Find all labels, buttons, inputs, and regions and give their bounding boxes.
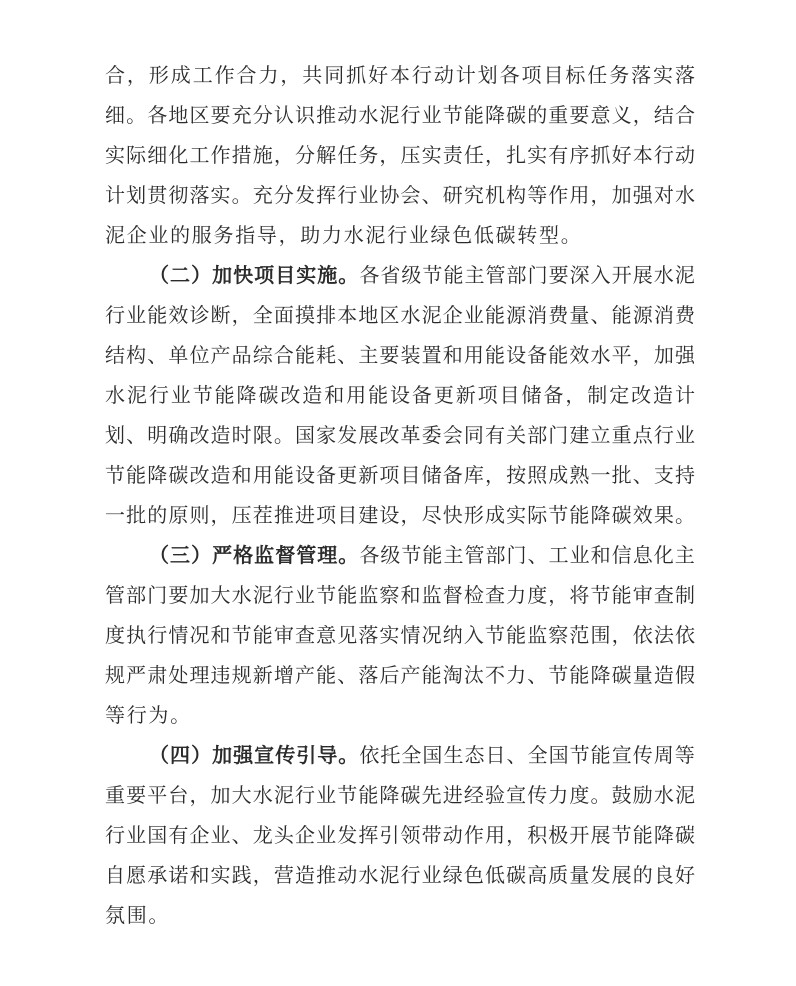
text-line: 管部门要加大水泥行业节能监察和监督检查力度，将节能审查制 [105,575,695,615]
paragraph-publicity: （四）加强宣传引导。依托全国生态日、全国节能宣传周等 重要平台，加大水泥行业节能… [105,735,695,935]
paragraph-supervision: （三）严格监督管理。各级节能主管部门、工业和信息化主 管部门要加大水泥行业节能监… [105,535,695,735]
document-page: 合，形成工作合力，共同抓好本行动计划各项目标任务落实落 细。各地区要充分认识推动… [105,55,695,935]
text-line: 实际细化工作措施，分解任务，压实责任，扎实有序抓好本行动 [105,135,695,175]
text-line-with-heading: （二）加快项目实施。各省级节能主管部门要深入开展水泥 [105,255,695,295]
text-line: 一批的原则，压茬推进项目建设，尽快形成实际节能降碳效果。 [105,495,695,535]
text-line: 重要平台，加大水泥行业节能降碳先进经验宣传力度。鼓励水泥 [105,775,695,815]
text-line: 细。各地区要充分认识推动水泥行业节能降碳的重要意义，结合 [105,95,695,135]
text-line: 度执行情况和节能审查意见落实情况纳入节能监察范围，依法依 [105,615,695,655]
text-line: 节能降碳改造和用能设备更新项目储备库，按照成熟一批、支持 [105,455,695,495]
text-line: 水泥行业节能降碳改造和用能设备更新项目储备，制定改造计 [105,375,695,415]
paragraph-continuation: 合，形成工作合力，共同抓好本行动计划各项目标任务落实落 细。各地区要充分认识推动… [105,55,695,255]
text-line: 行业国有企业、龙头企业发挥引领带动作用，积极开展节能降碳 [105,815,695,855]
paragraph-project-implementation: （二）加快项目实施。各省级节能主管部门要深入开展水泥 行业能效诊断，全面摸排本地… [105,255,695,535]
text-line: 行业能效诊断，全面摸排本地区水泥企业能源消费量、能源消费 [105,295,695,335]
text-line: 合，形成工作合力，共同抓好本行动计划各项目标任务落实落 [105,55,695,95]
text-line: 自愿承诺和实践，营造推动水泥行业绿色低碳高质量发展的良好 [105,855,695,895]
text-line-with-heading: （四）加强宣传引导。依托全国生态日、全国节能宣传周等 [105,735,695,775]
text-line: 结构、单位产品综合能耗、主要装置和用能设备能效水平，加强 [105,335,695,375]
text-line: 计划贯彻落实。充分发挥行业协会、研究机构等作用，加强对水 [105,175,695,215]
text-line-with-heading: （三）严格监督管理。各级节能主管部门、工业和信息化主 [105,535,695,575]
text-line: 划、明确改造时限。国家发展改革委会同有关部门建立重点行业 [105,415,695,455]
text-line: 等行为。 [105,695,695,735]
text-line: 规严肃处理违规新增产能、落后产能淘汰不力、节能降碳量造假 [105,655,695,695]
text-line: 氛围。 [105,895,695,935]
text-line: 泥企业的服务指导，助力水泥行业绿色低碳转型。 [105,215,695,255]
